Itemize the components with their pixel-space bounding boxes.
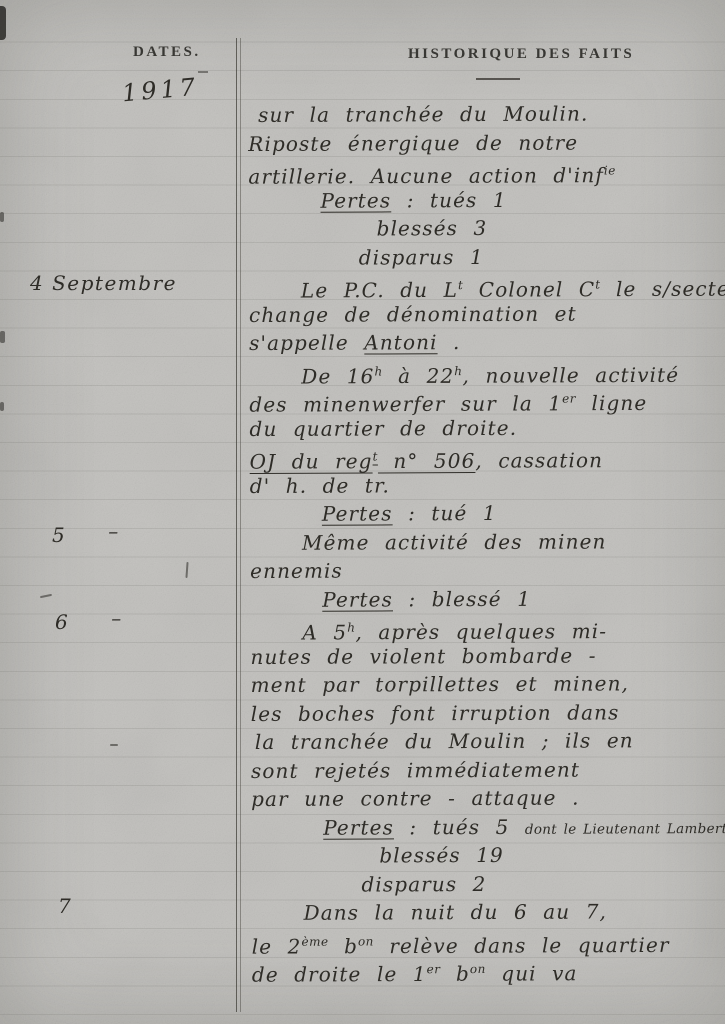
handwritten-text: Colonel C <box>463 277 595 302</box>
underlined-text: Antoni <box>364 330 437 354</box>
date-entry: 4 Septembre <box>30 271 177 295</box>
underlined-text: n° 506 <box>378 449 476 473</box>
handwritten-text: : tués 1 <box>391 187 507 212</box>
entry-line: Pertes : tué 1 <box>250 498 718 529</box>
faits-column-header: HISTORIQUE DES FAITS <box>408 46 634 63</box>
handwritten-text: s'appelle <box>249 331 364 356</box>
handwritten-text: A 5 <box>302 620 347 644</box>
entry-line: du quartier de droite. <box>249 412 717 443</box>
entry-line: le 2ème bon relève dans le quartier <box>252 925 720 956</box>
handwritten-text: le 2 <box>252 934 302 958</box>
handwritten-text: artillerie. Aucune action d'inf <box>248 163 604 189</box>
handwritten-text: sur la tranchée du Moulin. <box>258 102 588 127</box>
entry-line: disparus 1 <box>249 241 717 272</box>
handwritten-text: b <box>440 962 469 986</box>
date-label: 6 <box>55 610 69 634</box>
entry-line: la tranchée du Moulin ; ils en <box>251 726 719 757</box>
handwritten-text: nutes de violent bombarde - <box>250 643 596 669</box>
handwritten-text: : tués 5 <box>394 814 525 839</box>
handwritten-text: : tué 1 <box>393 501 497 525</box>
handwritten-text: blessés 19 <box>379 843 504 868</box>
historique-column: sur la tranchée du Moulin.Riposte énergi… <box>248 99 720 985</box>
handwritten-text: la tranchée du Moulin ; ils en <box>255 728 634 754</box>
handwritten-text: ème <box>301 934 328 948</box>
underlined-text: Pertes <box>320 188 391 212</box>
underlined-text: Pertes <box>323 815 394 839</box>
entry-line: blessés 3 <box>249 213 717 244</box>
entry-line: Même activité des minen <box>250 526 718 557</box>
entry-line: change de dénomination et <box>249 298 717 329</box>
entry-line: A 5h, après quelques mi- <box>250 612 718 643</box>
handwritten-text: qui va <box>486 961 578 985</box>
entry-line: Pertes : tués 1 <box>248 184 716 215</box>
entry-line: ment par torpillettes et minen, <box>251 669 719 700</box>
handwritten-text: on <box>358 934 374 948</box>
entry-line: artillerie. Aucune action d'infie <box>248 156 716 187</box>
entry-line: des minenwerfer sur la 1er ligne <box>249 384 717 415</box>
handwritten-text: ment par torpillettes et minen, <box>251 671 629 697</box>
handwritten-text: disparus 1 <box>359 244 484 269</box>
handwritten-text: Même activité des minen <box>302 529 607 554</box>
handwritten-text: ennemis <box>250 559 343 583</box>
date-ditto-dash: – <box>111 606 123 630</box>
scanned-diary-page: DATES. HISTORIQUE DES FAITS 1917 4 Septe… <box>0 0 725 1024</box>
handwritten-text: De 16 <box>301 364 374 388</box>
handwritten-text: . <box>437 330 460 354</box>
handwritten-text: h <box>347 621 355 635</box>
underlined-text: Pertes <box>322 587 393 611</box>
handwritten-text: on <box>470 962 486 976</box>
handwritten-text: change de dénomination et <box>249 301 577 326</box>
handwritten-text: disparus 2 <box>361 871 486 896</box>
entry-line: disparus 2 <box>251 868 719 899</box>
handwritten-text: sont rejetés immédiatement <box>251 757 580 782</box>
entry-line: s'appelle Antoni . <box>249 327 717 358</box>
handwritten-text: Riposte énergique de notre <box>248 130 578 155</box>
column-divider-line <box>236 38 237 1012</box>
date-entry: 5– <box>52 523 120 547</box>
entry-line: de droite le 1er bon qui va <box>252 954 720 985</box>
underlined-text: OJ du reg <box>250 449 373 474</box>
entry-line: d' h. de tr. <box>250 469 718 500</box>
entry-line: Pertes : blessé 1 <box>250 583 718 614</box>
underlined-text: Pertes <box>322 501 393 525</box>
entry-line: par une contre - attaque . <box>251 783 719 814</box>
handwritten-text: : blessé 1 <box>393 586 531 611</box>
entry-line: Riposte énergique de notre <box>248 127 716 158</box>
entry-line: sur la tranchée du Moulin. <box>248 99 716 130</box>
handwritten-text: Le P.C. du L <box>301 278 458 303</box>
date-label: 7 <box>58 894 72 918</box>
handwritten-text: par une contre - attaque . <box>251 786 579 811</box>
handwritten-text: er <box>427 962 441 976</box>
handwritten-text: d' h. de tr. <box>250 473 390 498</box>
entry-line: les boches font irruption dans <box>251 697 719 728</box>
handwritten-text: les boches font irruption dans <box>251 700 620 726</box>
handwritten-text: blessés 3 <box>377 216 488 240</box>
handwritten-text: , cassation <box>475 448 603 473</box>
entry-line: Dans la nuit du 6 au 7, <box>252 897 720 928</box>
handwritten-text: ie <box>604 163 616 177</box>
entry-line: OJ du regt n° 506, cassation <box>250 441 718 472</box>
entry-line: ennemis <box>250 555 718 586</box>
handwritten-text: du quartier de droite. <box>249 415 517 440</box>
entry-line: nutes de violent bombarde - <box>250 640 718 671</box>
date-label: 4 Septembre <box>30 271 177 295</box>
date-label: 5 <box>52 523 66 547</box>
date-entry: 6– <box>55 610 123 634</box>
handwritten-text: de droite le 1 <box>252 962 427 987</box>
handwritten-text: le s/secteur <box>601 276 725 301</box>
handwritten-text: Dans la nuit du 6 au 7, <box>304 899 607 924</box>
entry-line: Pertes : tués 5 dont le Lieutenant Lambe… <box>251 811 719 842</box>
entry-line: Le P.C. du Lt Colonel Ct le s/secteur <box>249 270 717 301</box>
dates-column: 4 Septembre5–6–7 <box>0 0 236 1024</box>
handwritten-text: er <box>562 392 576 406</box>
date-entry: 7 <box>58 894 72 918</box>
entry-line: blessés 19 <box>251 840 719 871</box>
entry-line: De 16h à 22h, nouvelle activité <box>249 355 717 386</box>
handwritten-text: b <box>329 934 358 958</box>
faits-header-rule <box>476 78 520 80</box>
handwritten-text: à 22 <box>383 363 455 387</box>
handwritten-text: ligne <box>576 391 647 415</box>
date-ditto-dash: – <box>108 519 120 543</box>
entry-line: sont rejetés immédiatement <box>251 754 719 785</box>
handwritten-text: dont le Lieutenant Lambert <box>525 820 725 837</box>
handwritten-text: , après quelques mi- <box>355 619 607 644</box>
column-divider-line-2 <box>240 38 241 1012</box>
